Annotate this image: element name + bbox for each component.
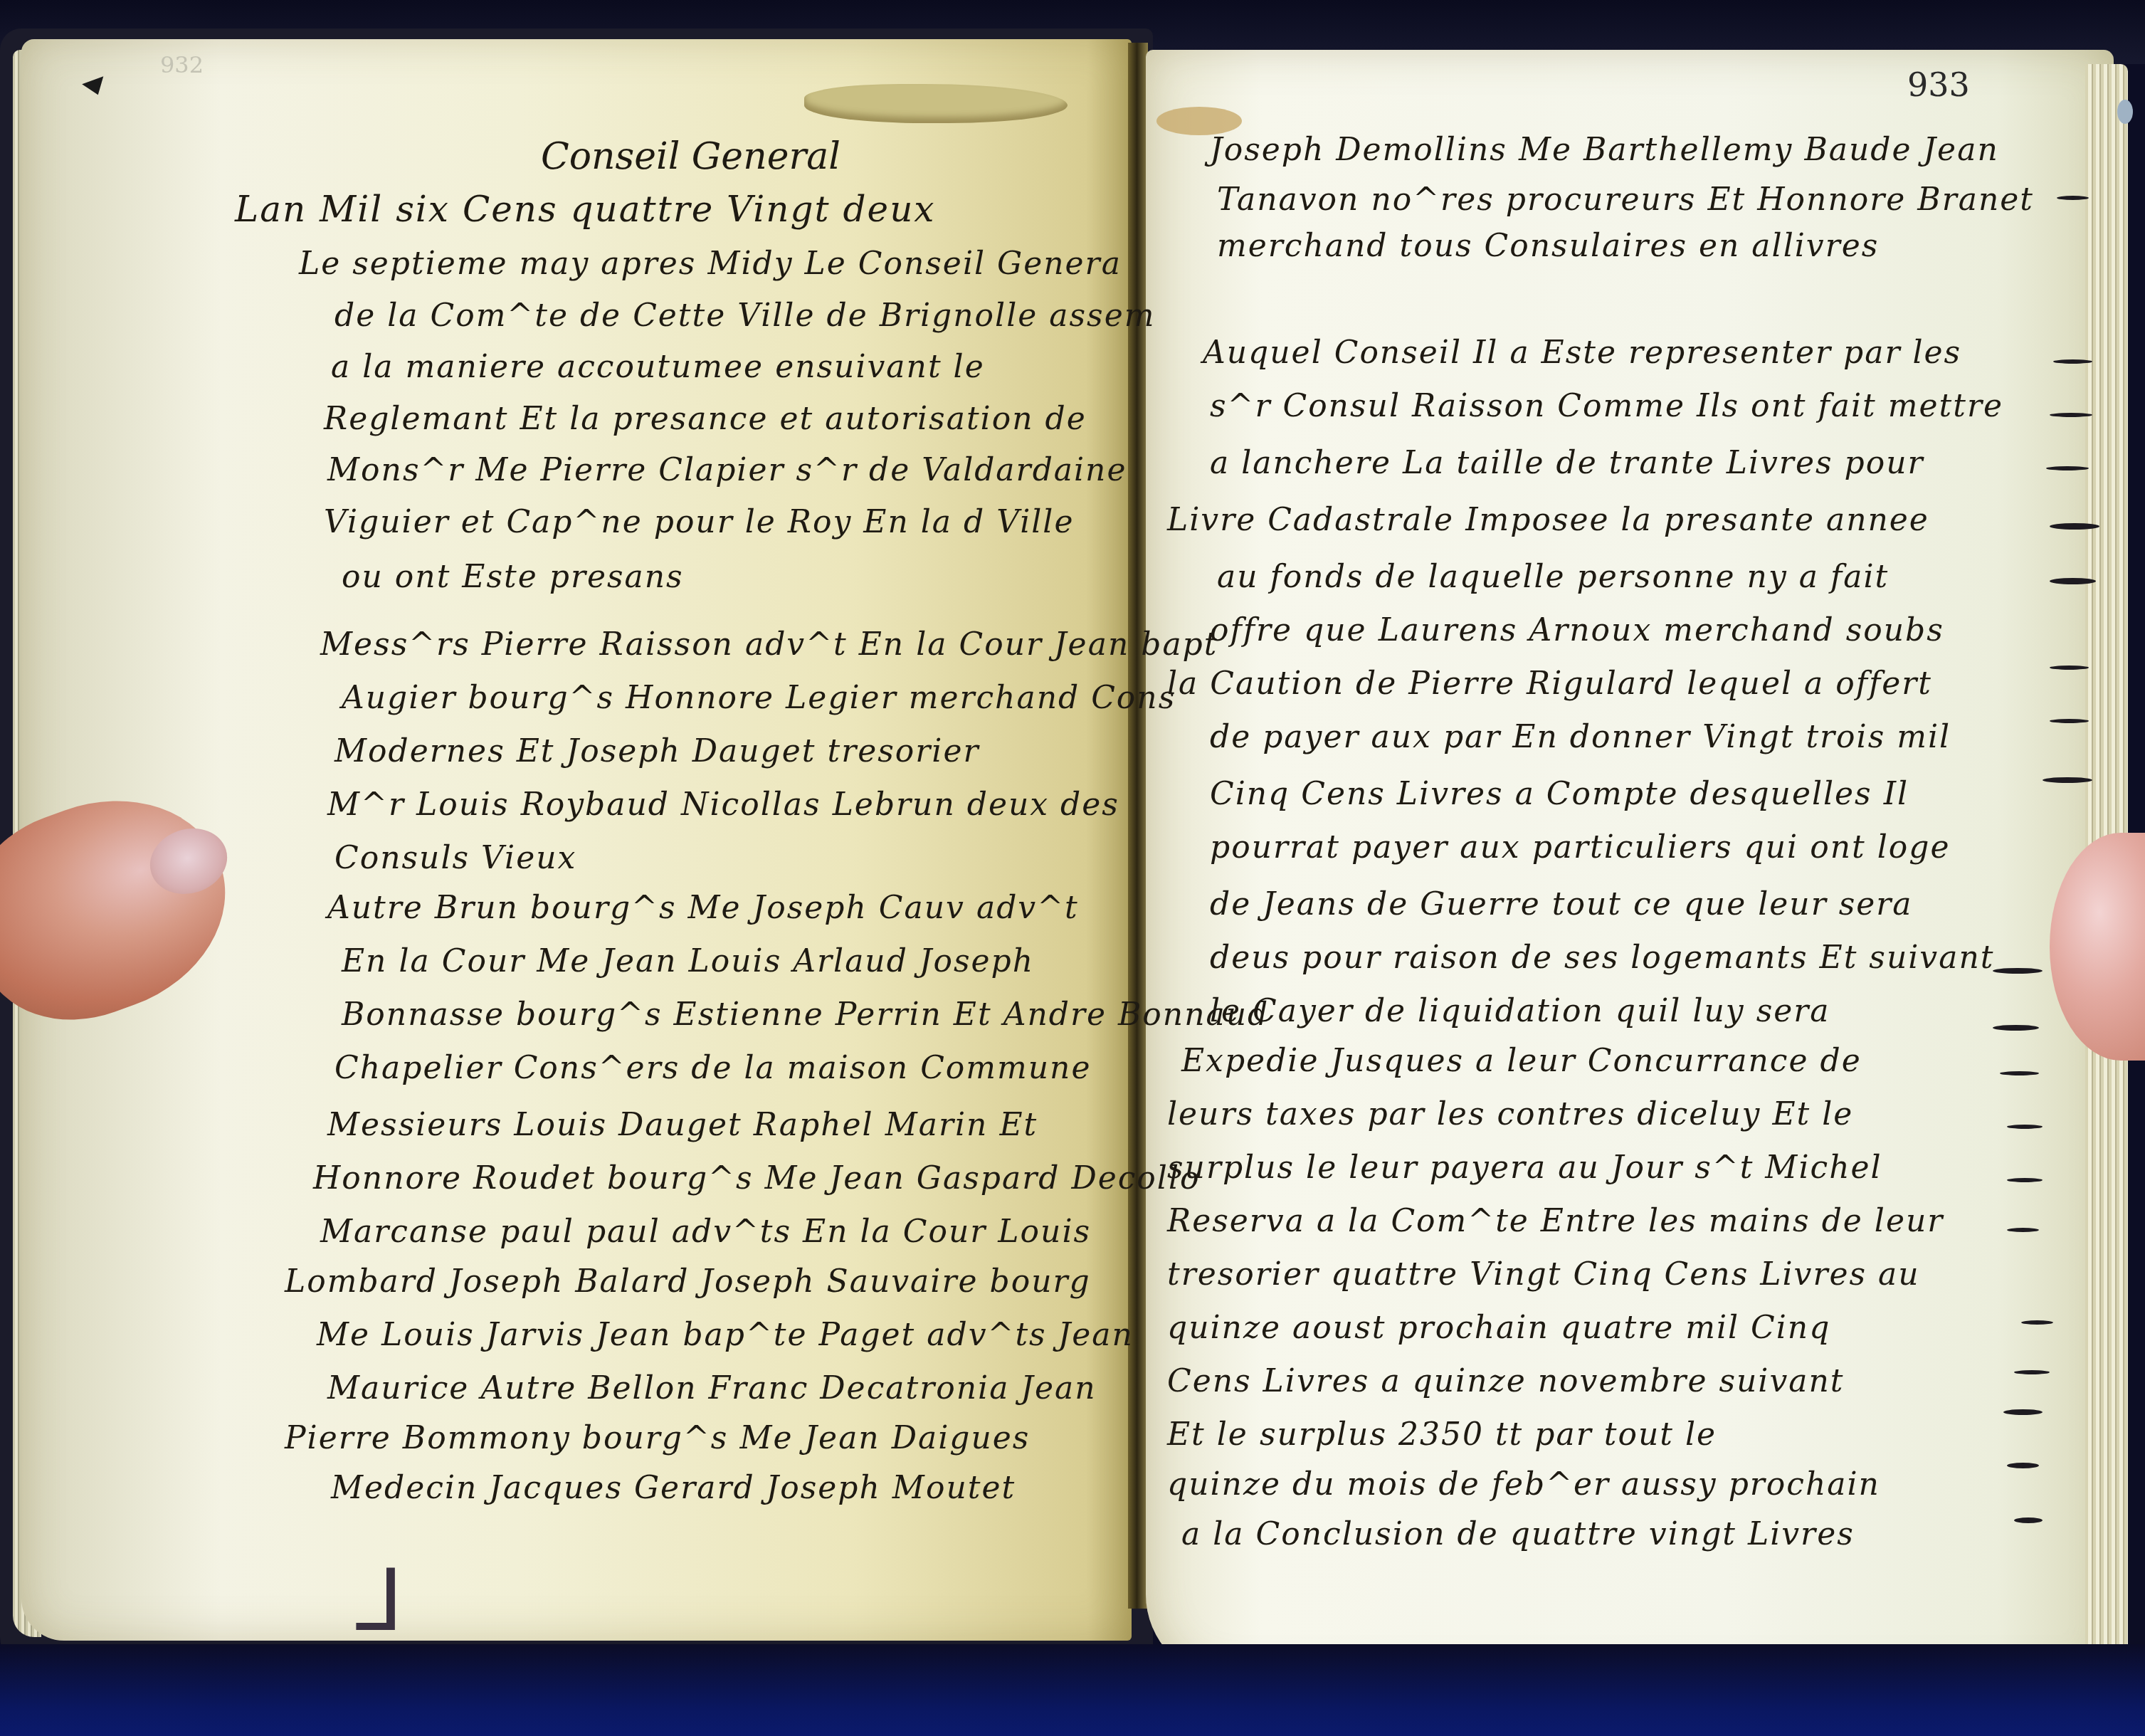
manuscript-line: M^r Louis Roybaud Nicollas Lebrun deux d… bbox=[327, 787, 1119, 823]
blue-velvet-surface bbox=[0, 1644, 2145, 1736]
manuscript-line: deus pour raison de ses logemants Et sui… bbox=[1210, 940, 1994, 976]
margin-dash bbox=[2050, 523, 2099, 530]
manuscript-line: s^r Consul Raisson Comme Ils ont fait me… bbox=[1210, 388, 2003, 424]
manuscript-line: ou ont Este presans bbox=[342, 559, 684, 595]
manuscript-line: Le septieme may apres Midy Le Conseil Ge… bbox=[299, 246, 1122, 282]
manuscript-line: Lan Mil six Cens quattre Vingt deux bbox=[235, 189, 936, 230]
margin-dash bbox=[2014, 1370, 2050, 1374]
margin-dash bbox=[2046, 466, 2089, 470]
margin-dash bbox=[2007, 1463, 2039, 1468]
manuscript-line: Messieurs Louis Dauget Raphel Marin Et bbox=[327, 1107, 1038, 1143]
right-page-stain bbox=[1156, 107, 1242, 135]
manuscript-line: Me Louis Jarvis Jean bap^te Paget adv^ts… bbox=[317, 1317, 1134, 1353]
margin-dash bbox=[2014, 1517, 2043, 1523]
manuscript-line: a la maniere accoutumee ensuivant le bbox=[331, 349, 985, 385]
manuscript-line: a lanchere La taille de trante Livres po… bbox=[1210, 445, 1924, 481]
manuscript-line: Et le surplus 2350 tt par tout le bbox=[1167, 1416, 1717, 1453]
manuscript-line: Expedie Jusques a leur Concurrance de bbox=[1181, 1043, 1862, 1079]
manuscript-line: Reglemant Et la presance et autorisation… bbox=[324, 401, 1087, 437]
margin-dash bbox=[1993, 1025, 2039, 1031]
manuscript-line: a la Conclusion de quattre vingt Livres bbox=[1181, 1516, 1855, 1552]
manuscript-line: Joseph Demollins Me Barthellemy Baude Je… bbox=[1210, 132, 1999, 168]
margin-dash bbox=[2000, 1071, 2039, 1075]
margin-dash bbox=[2007, 1228, 2039, 1232]
margin-dash bbox=[2050, 413, 2092, 417]
manuscript-line: Medecin Jacques Gerard Joseph Moutet bbox=[331, 1470, 1016, 1506]
manuscript-line: Autre Brun bourg^s Me Joseph Cauv adv^t bbox=[327, 890, 1079, 926]
manuscript-line: Modernes Et Joseph Dauget tresorier bbox=[334, 733, 979, 769]
margin-dash bbox=[2050, 578, 2096, 584]
manuscript-line: de Jeans de Guerre tout ce que leur sera bbox=[1210, 886, 1913, 922]
manuscript-line: la Caution de Pierre Rigulard lequel a o… bbox=[1167, 666, 1932, 702]
manuscript-line: Viguier et Cap^ne pour le Roy En la d Vi… bbox=[324, 504, 1074, 540]
manuscript-line: leurs taxes par les contres diceluy Et l… bbox=[1167, 1096, 1853, 1132]
manuscript-line: quinze du mois de feb^er aussy prochain bbox=[1167, 1466, 1880, 1503]
margin-dash bbox=[2053, 359, 2092, 364]
manuscript-line: de la Com^te de Cette Ville de Brignolle… bbox=[334, 298, 1155, 334]
manuscript-line: Marcanse paul paul adv^ts En la Cour Lou… bbox=[320, 1214, 1091, 1250]
manuscript-line: tresorier quattre Vingt Cinq Cens Livres… bbox=[1167, 1256, 1920, 1293]
left-page-title: Conseil General bbox=[541, 135, 840, 178]
manuscript-line: Pierre Bommony bourg^s Me Jean Daigues bbox=[285, 1420, 1030, 1456]
manuscript-line: Lombard Joseph Balard Joseph Sauvaire bo… bbox=[285, 1263, 1091, 1300]
manuscript-line: quinze aoust prochain quatre mil Cinq bbox=[1167, 1310, 1830, 1346]
left-folio-bleedthrough: 932 bbox=[160, 51, 204, 78]
manuscript-line: Mons^r Me Pierre Clapier s^r de Valdarda… bbox=[327, 452, 1127, 488]
manuscript-line: au fonds de laquelle personne ny a fait bbox=[1217, 559, 1889, 595]
manuscript-line: Cens Livres a quinze novembre suivant bbox=[1167, 1363, 1845, 1399]
manuscript-line: Tanavon no^res procureurs Et Honnore Bra… bbox=[1217, 182, 2034, 218]
manuscript-line: pourrat payer aux particuliers qui ont l… bbox=[1210, 829, 1950, 866]
binding-hole-icon bbox=[2117, 100, 2133, 124]
manuscript-line: Bonnasse bourg^s Estienne Perrin Et Andr… bbox=[342, 996, 1269, 1033]
manuscript-line: de payer aux par En donner Vingt trois m… bbox=[1210, 719, 1951, 755]
margin-dash bbox=[2050, 719, 2089, 723]
manuscript-line: Chapelier Cons^ers de la maison Commune bbox=[334, 1050, 1091, 1086]
manuscript-line: Maurice Autre Bellon Franc Decatronia Je… bbox=[327, 1370, 1097, 1406]
margin-dash bbox=[2043, 777, 2092, 783]
manuscript-line: Consuls Vieux bbox=[334, 840, 576, 876]
book-gutter bbox=[1128, 43, 1148, 1609]
margin-dash bbox=[2057, 196, 2089, 200]
manuscript-line: Reserva a la Com^te Entre les mains de l… bbox=[1167, 1203, 1944, 1239]
manuscript-line: Honnore Roudet bourg^s Me Jean Gaspard D… bbox=[313, 1160, 1200, 1196]
manuscript-line: En la Cour Me Jean Louis Arlaud Joseph bbox=[342, 943, 1034, 979]
manuscript-line: Cinq Cens Livres a Compte desquelles Il bbox=[1210, 776, 1909, 812]
margin-dash bbox=[2050, 666, 2089, 670]
manuscript-line: surplus le leur payera au Jour s^t Miche… bbox=[1167, 1150, 1882, 1186]
margin-dash bbox=[2007, 1178, 2043, 1182]
manuscript-line: merchand tous Consulaires en allivres bbox=[1217, 228, 1879, 264]
margin-dash bbox=[1993, 968, 2043, 974]
manuscript-line: Mess^rs Pierre Raisson adv^t En la Cour … bbox=[320, 626, 1218, 663]
margin-dash bbox=[2007, 1125, 2043, 1129]
manuscript-line: offre que Laurens Arnoux merchand soubs bbox=[1210, 612, 1944, 648]
ink-blot-mark: ⅃ bbox=[356, 1552, 404, 1651]
manuscript-line: Livre Cadastrale Imposee la presante ann… bbox=[1167, 502, 1929, 538]
manuscript-line: Auquel Conseil Il a Este representer par… bbox=[1203, 335, 1961, 371]
manuscript-line: Augier bourg^s Honnore Legier merchand C… bbox=[342, 680, 1176, 716]
folio-number: 933 bbox=[1907, 65, 1970, 104]
margin-dash bbox=[2003, 1409, 2043, 1415]
manuscript-line: le Cayer de liquidation quil luy sera bbox=[1210, 993, 1830, 1029]
margin-dash bbox=[2021, 1320, 2053, 1325]
